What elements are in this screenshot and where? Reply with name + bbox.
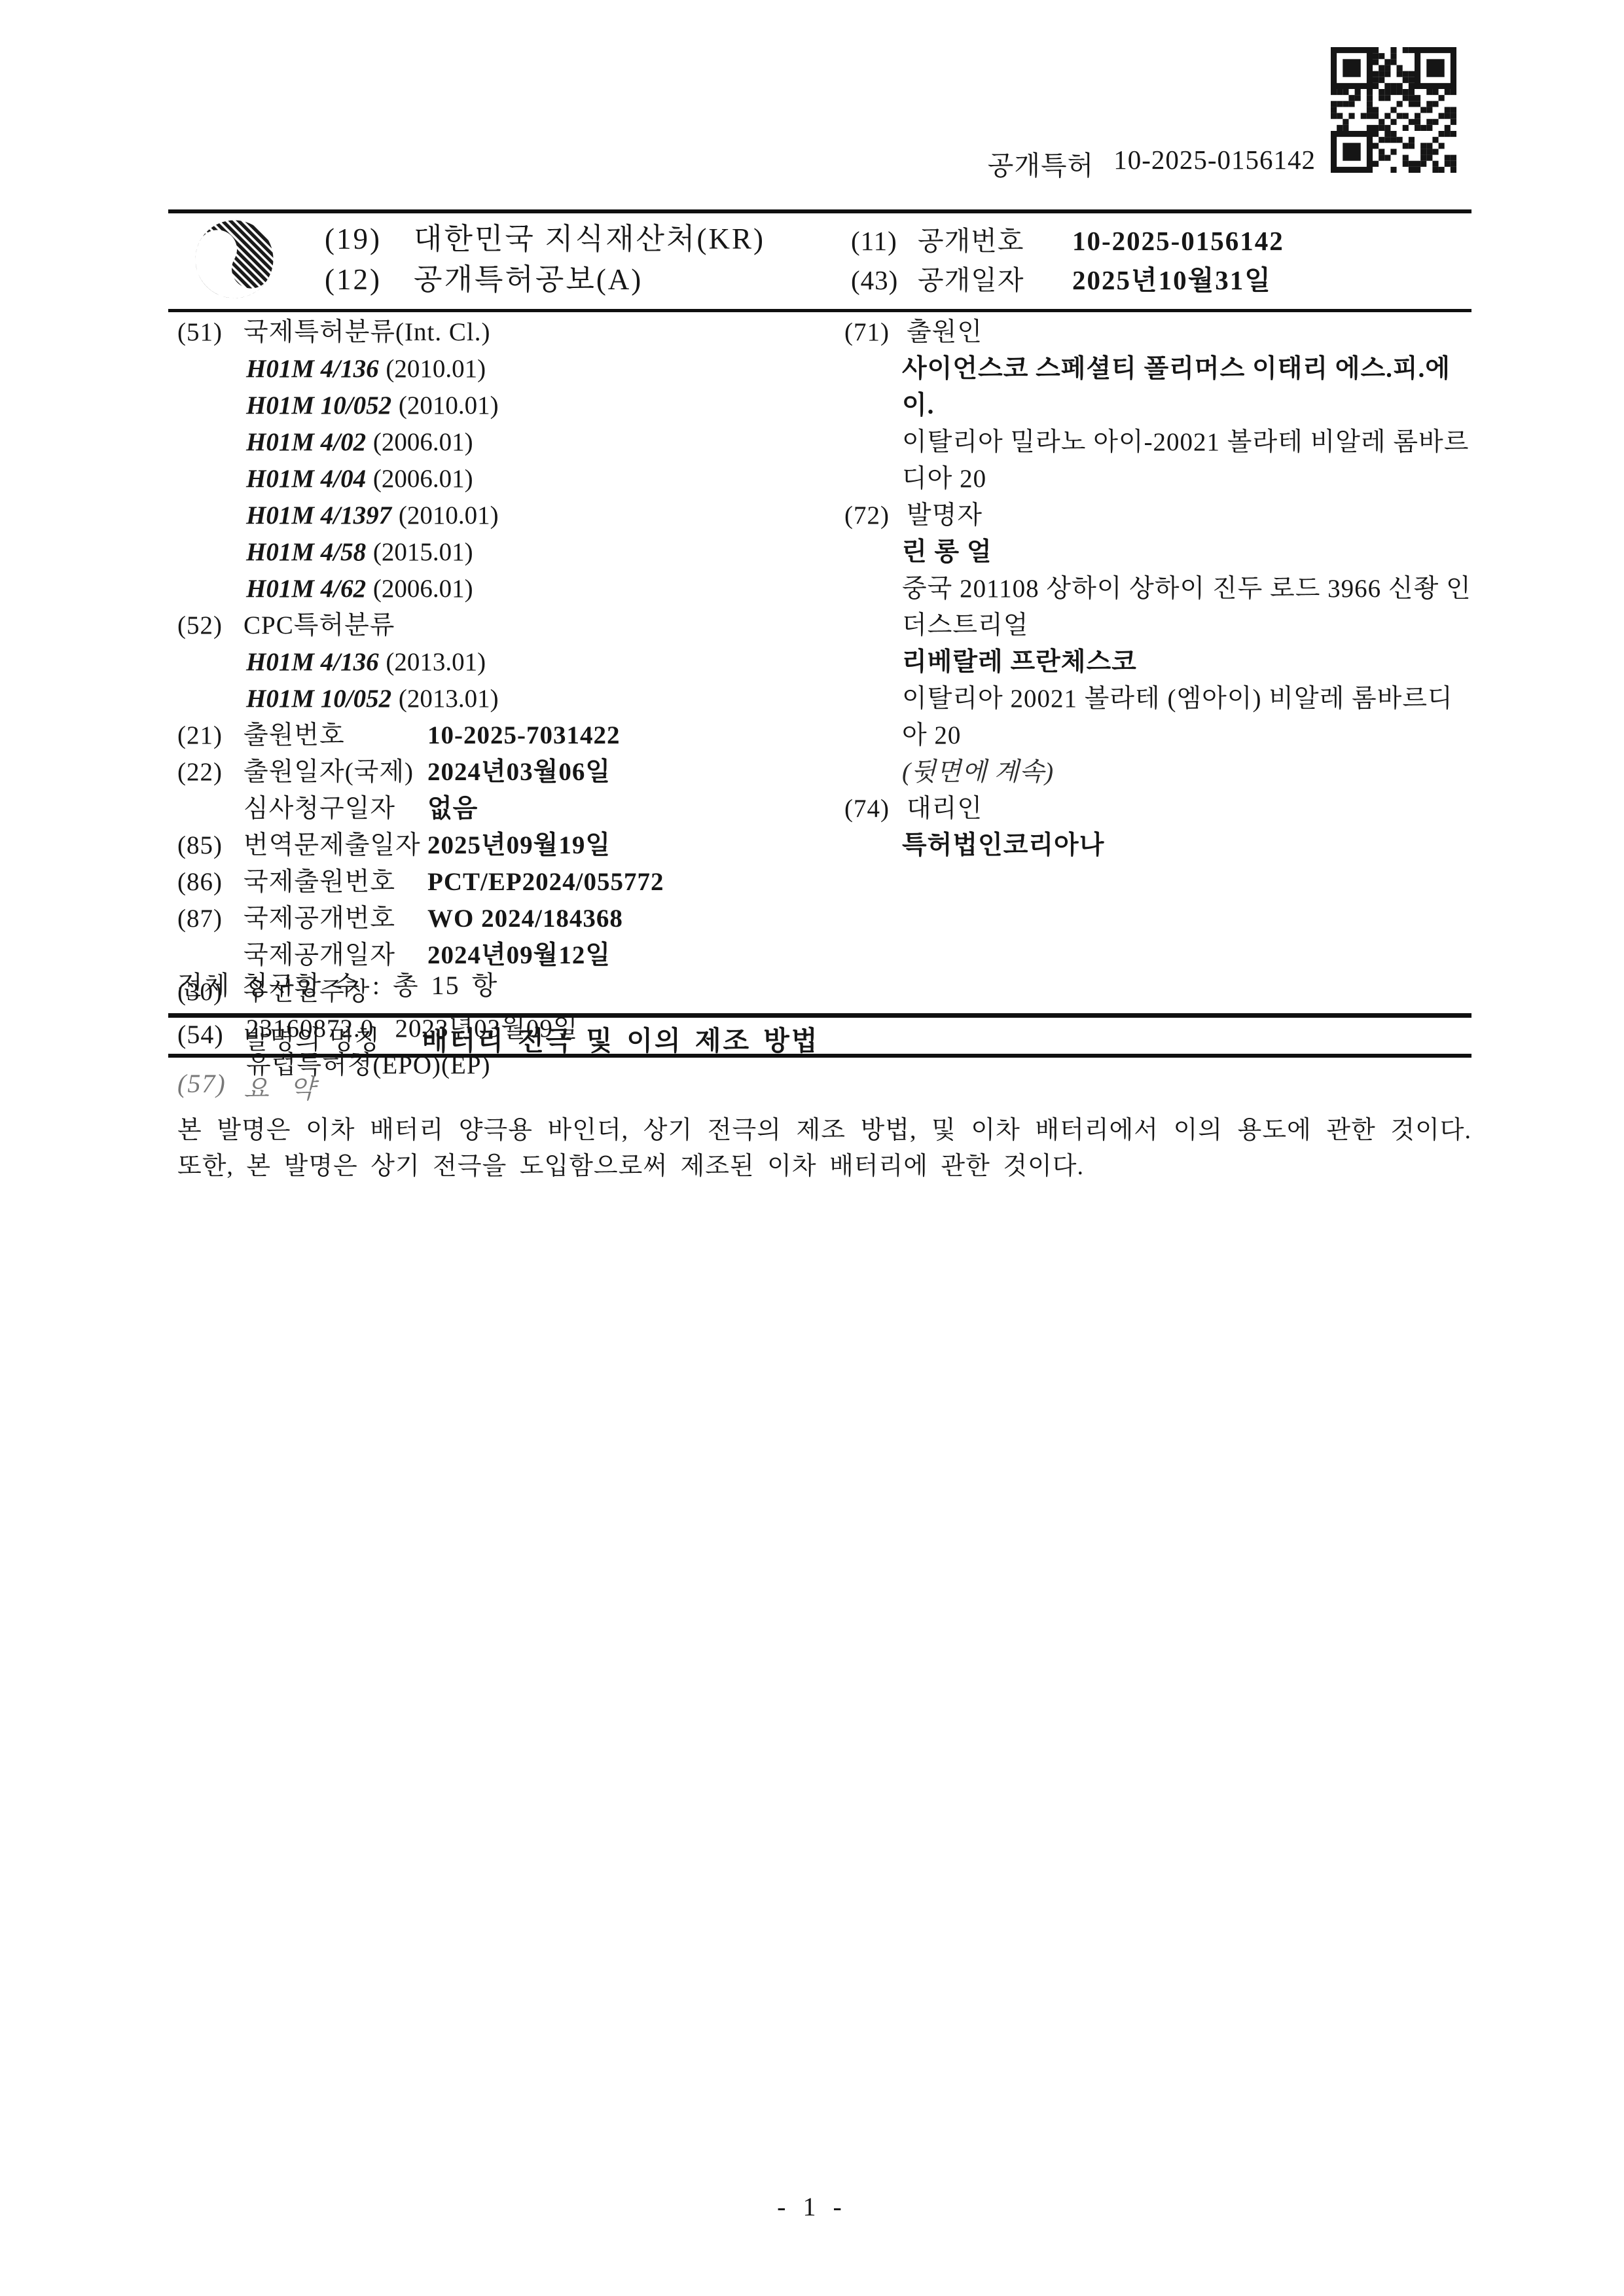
row-label: 번역문제출일자 xyxy=(244,827,427,864)
continued-on-back-note: (뒷면에 계속) xyxy=(844,754,1474,791)
inid-43: (43) xyxy=(851,260,918,300)
inid-74: (74) xyxy=(844,791,907,827)
applicant-section-heading: (71) 출원인 xyxy=(844,314,1474,351)
cpc-line: H01M 4/136 (2013.01) xyxy=(177,644,835,681)
total-claims-line: 전체 청구항 수 : 총 15 항 xyxy=(177,965,498,1002)
abstract-label: 요 약 xyxy=(244,1068,316,1105)
inid-51: (51) xyxy=(177,314,244,351)
inid-72: (72) xyxy=(844,497,907,534)
inid-11: (11) xyxy=(851,221,918,260)
ipc-class: H01M 4/1397 xyxy=(246,501,391,529)
cpc-class: H01M 4/136 xyxy=(246,648,379,676)
doc-number-strip: 공개특허 10-2025-0156142 xyxy=(943,144,1316,183)
ipc-entry: H01M 10/052 (2010.01) xyxy=(246,387,537,424)
ipc-edition: (2010.01) xyxy=(386,355,486,383)
ipc-class: H01M 4/136 xyxy=(246,355,379,383)
ipc-line: H01M 4/02 (2006.01)H01M 4/04 (2006.01) xyxy=(177,424,835,497)
row-label: 심사청구일자 xyxy=(244,791,427,827)
biblio-right-column: (71) 출원인 사이언스코 스페셜티 폴리머스 이태리 에스.피.에이. 이탈… xyxy=(844,314,1474,864)
row-value: 2025년09월19일 xyxy=(427,827,835,864)
applicant-label: 출원인 xyxy=(907,314,1474,351)
inid-19: (19) xyxy=(325,219,414,259)
inid-87: (87) xyxy=(177,901,244,937)
row-value: 2024년03월06일 xyxy=(427,754,835,791)
publication-kind: 공개특허공보(A) xyxy=(414,259,765,300)
ipc-class: H01M 10/052 xyxy=(246,391,391,420)
biblio-row-intl-publication-number: (87) 국제공개번호 WO 2024/184368 xyxy=(177,901,835,937)
cpc-entry: H01M 4/136 (2013.01) xyxy=(246,644,537,681)
ipc-edition: (2006.01) xyxy=(373,428,473,456)
inid-blank xyxy=(177,791,244,827)
title-label: 발명의 명칭 xyxy=(244,1019,422,1058)
ipc-entry: H01M 4/136 (2010.01) xyxy=(246,351,537,387)
cpc-edition: (2013.01) xyxy=(386,648,486,676)
ipc-entry: H01M 4/58 (2015.01) xyxy=(246,534,537,571)
office-name: 대한민국 지식재산처(KR) xyxy=(414,219,765,259)
ipc-entry: H01M 4/62 (2006.01) xyxy=(246,571,537,607)
agent-name: 특허법인코리아나 xyxy=(844,827,1474,864)
inid-54: (54) xyxy=(177,1019,244,1058)
divider xyxy=(168,1013,1471,1018)
biblio-row-filing-date: (22) 출원일자(국제) 2024년03월06일 xyxy=(177,754,835,791)
row-label: 출원일자(국제) xyxy=(244,754,427,791)
ipc-class: H01M 4/02 xyxy=(246,428,366,456)
ipc-entry: H01M 4/1397 (2010.01) xyxy=(246,497,537,534)
inventor-name: 리베랄레 프란체스코 xyxy=(844,644,1474,681)
taegeuk-kipo-logo-icon xyxy=(194,218,275,300)
row-label: 국제출원번호 xyxy=(244,864,427,901)
ipc-edition: (2015.01) xyxy=(373,538,473,566)
inid-52: (52) xyxy=(177,607,244,644)
divider xyxy=(168,309,1471,312)
ipc-entry: H01M 4/04 (2006.01) xyxy=(246,461,537,497)
ipc-entry: H01M 4/02 (2006.01) xyxy=(246,424,537,461)
ipc-line: H01M 4/136 (2010.01)H01M 10/052 (2010.01… xyxy=(177,351,835,424)
row-value: PCT/EP2024/055772 xyxy=(427,864,835,901)
page-number: - 1 - xyxy=(0,2191,1624,2222)
ipc-section-heading: (51) 국제특허분류(Int. Cl.) xyxy=(177,314,835,351)
invention-title-row: (54) 발명의 명칭 배터리 전극 및 이의 제조 방법 xyxy=(177,1019,1471,1058)
abstract-text: 본 발명은 이차 배터리 양극용 바인더, 상기 전극의 제조 방법, 및 이차… xyxy=(177,1113,1471,1185)
inid-22: (22) xyxy=(177,754,244,791)
inid-57: (57) xyxy=(177,1068,244,1105)
inventor-section-heading: (72) 발명자 xyxy=(844,497,1474,534)
ipc-edition: (2010.01) xyxy=(399,501,499,529)
pub-no-value: 10-2025-0156142 xyxy=(1072,221,1284,260)
applicant-address: 이탈리아 밀라노 아이-20021 볼라테 비알레 롬바르디아 20 xyxy=(844,424,1474,497)
qr-code-icon xyxy=(1331,46,1456,174)
divider xyxy=(168,209,1471,213)
inventor-address: 중국 201108 상하이 상하이 진두 로드 3966 신좡 인더스트리얼 xyxy=(844,571,1474,644)
ipc-line: H01M 4/62 (2006.01) xyxy=(177,571,835,607)
row-label: 출원번호 xyxy=(244,717,427,754)
pub-no-label: 공개번호 xyxy=(918,221,1072,260)
divider xyxy=(168,1054,1471,1058)
row-label: 국제공개번호 xyxy=(244,901,427,937)
patent-front-page: 공개특허 10-2025-0156142 (19) 대한민국 지식재산처(KR)… xyxy=(0,0,1624,2296)
biblio-row-exam-request-date: 심사청구일자 없음 xyxy=(177,791,835,827)
biblio-row-application-number: (21) 출원번호 10-2025-7031422 xyxy=(177,717,835,754)
inid-71: (71) xyxy=(844,314,907,351)
abstract-heading: (57) 요 약 xyxy=(177,1068,316,1105)
cpc-label: CPC특허분류 xyxy=(244,607,835,644)
pub-date-label: 공개일자 xyxy=(918,260,1072,300)
biblio-row-translation-date: (85) 번역문제출일자 2025년09월19일 xyxy=(177,827,835,864)
inventor-name: 린 롱 얼 xyxy=(844,534,1474,571)
inid-86: (86) xyxy=(177,864,244,901)
cpc-entry: H01M 10/052 (2013.01) xyxy=(246,681,537,717)
cpc-class: H01M 10/052 xyxy=(246,685,391,713)
applicant-name: 사이언스코 스페셜티 폴리머스 이태리 에스.피.에이. xyxy=(844,351,1474,424)
ipc-label: 국제특허분류(Int. Cl.) xyxy=(244,314,835,351)
ipc-edition: (2006.01) xyxy=(373,465,473,493)
ipc-line: H01M 4/1397 (2010.01)H01M 4/58 (2015.01) xyxy=(177,497,835,571)
inid-85: (85) xyxy=(177,827,244,864)
doc-number: 10-2025-0156142 xyxy=(1113,144,1316,183)
header-pubinfo-block: (11) 공개번호 10-2025-0156142 (43) 공개일자 2025… xyxy=(851,221,1284,300)
header-office-block: (19) 대한민국 지식재산처(KR) (12) 공개특허공보(A) xyxy=(325,219,765,300)
inventor-label: 발명자 xyxy=(907,497,1474,534)
invention-title: 배터리 전극 및 이의 제조 방법 xyxy=(422,1019,1471,1058)
ipc-edition: (2006.01) xyxy=(373,575,473,603)
doc-kind-label: 공개특허 xyxy=(988,144,1094,183)
inid-21: (21) xyxy=(177,717,244,754)
ipc-edition: (2010.01) xyxy=(399,391,499,420)
ipc-class: H01M 4/62 xyxy=(246,575,366,603)
ipc-class: H01M 4/58 xyxy=(246,538,366,566)
row-value: 10-2025-7031422 xyxy=(427,717,835,754)
agent-section-heading: (74) 대리인 xyxy=(844,791,1474,827)
biblio-row-intl-application-number: (86) 국제출원번호 PCT/EP2024/055772 xyxy=(177,864,835,901)
inid-12: (12) xyxy=(325,259,414,300)
agent-label: 대리인 xyxy=(907,791,1474,827)
inventor-address: 이탈리아 20021 볼라테 (엠아이) 비알레 롬바르디아 20 xyxy=(844,681,1474,754)
ipc-class: H01M 4/04 xyxy=(246,465,366,493)
pub-date-value: 2025년10월31일 xyxy=(1072,260,1284,300)
cpc-section-heading: (52) CPC특허분류 xyxy=(177,607,835,644)
row-value: 없음 xyxy=(427,791,835,827)
row-value: WO 2024/184368 xyxy=(427,901,835,937)
cpc-line: H01M 10/052 (2013.01) xyxy=(177,681,835,717)
cpc-edition: (2013.01) xyxy=(399,685,499,713)
